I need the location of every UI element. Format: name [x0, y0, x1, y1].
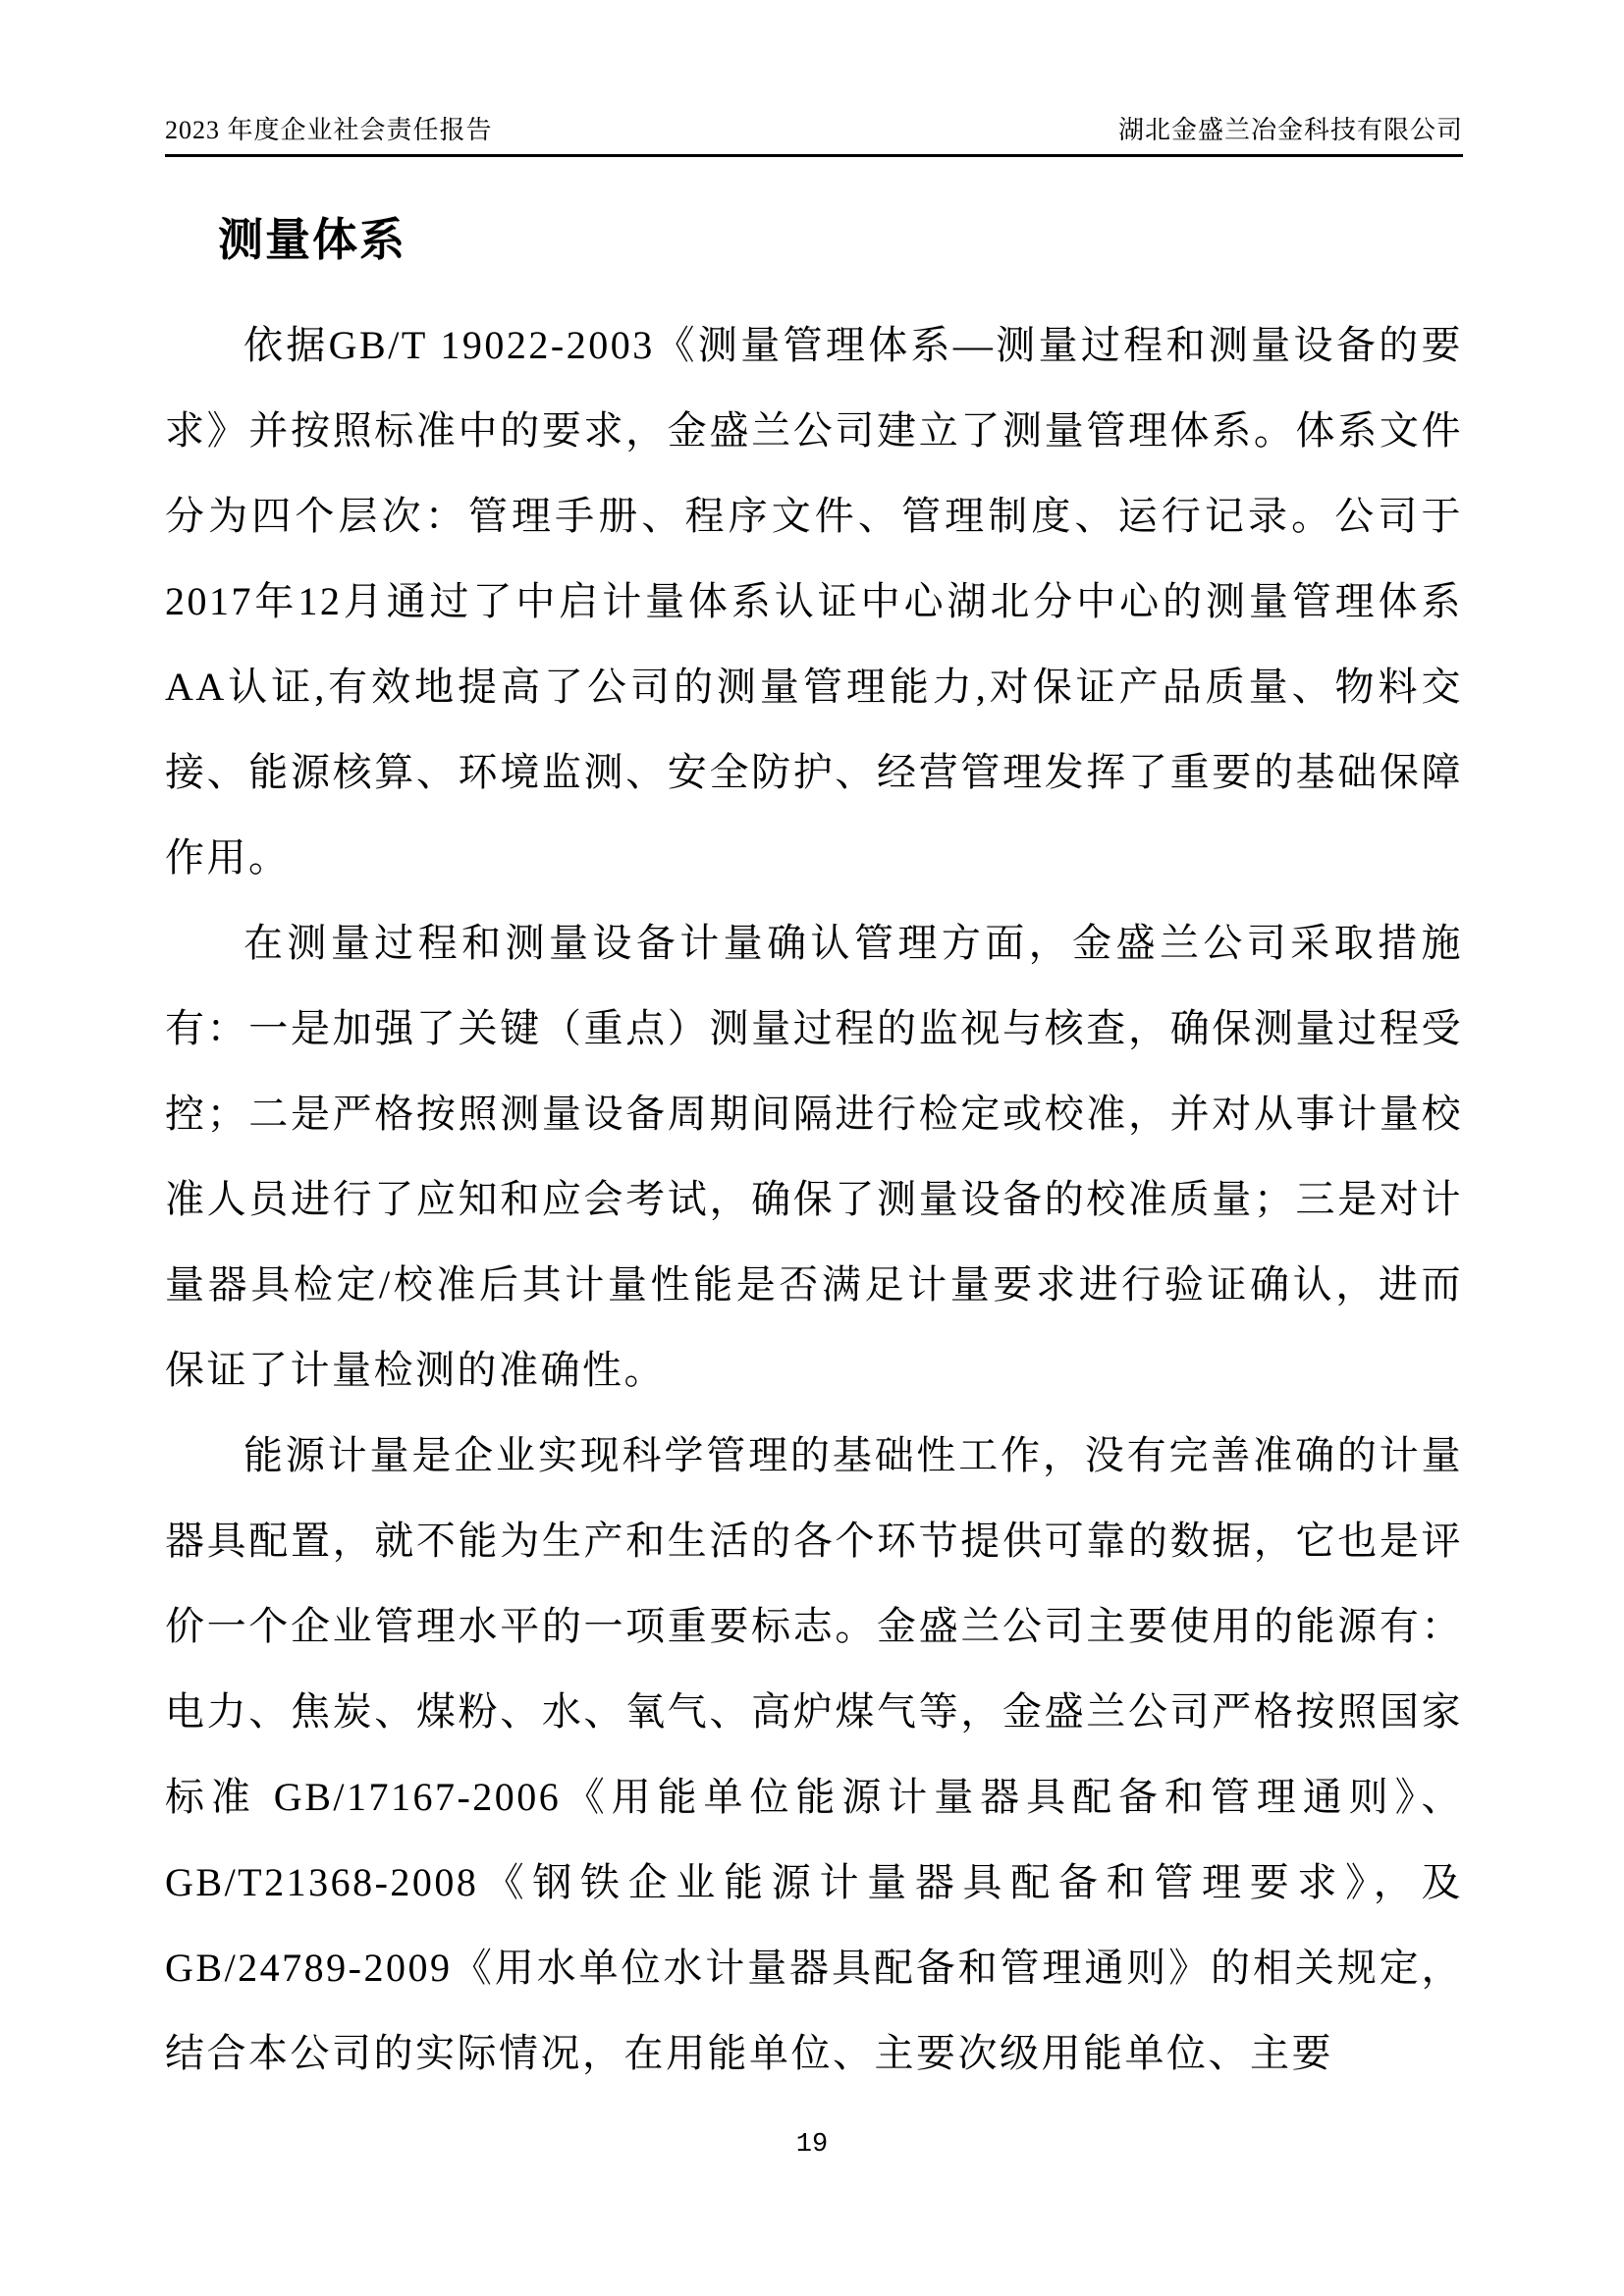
header-report-title: 2023 年度企业社会责任报告: [165, 110, 493, 146]
paragraph-measurement-system: 依据GB/T 19022-2003《测量管理体系—测量过程和测量设备的要求》并按…: [165, 302, 1463, 900]
page-header: 2023 年度企业社会责任报告 湖北金盛兰冶金科技有限公司: [165, 110, 1463, 157]
document-body: 依据GB/T 19022-2003《测量管理体系—测量过程和测量设备的要求》并按…: [165, 302, 1463, 2096]
page-footer: 19: [0, 2130, 1624, 2160]
header-company-name: 湖北金盛兰冶金科技有限公司: [1118, 110, 1463, 146]
section-title: 测量体系: [218, 204, 1463, 269]
page-number: 19: [796, 2130, 828, 2160]
document-page: 2023 年度企业社会责任报告 湖北金盛兰冶金科技有限公司 测量体系 依据GB/…: [0, 0, 1624, 2296]
paragraph-energy-metering: 能源计量是企业实现科学管理的基础性工作，没有完善准确的计量器具配置，就不能为生产…: [165, 1413, 1463, 2096]
paragraph-confirmation-management: 在测量过程和测量设备计量确认管理方面，金盛兰公司采取措施有：一是加强了关键（重点…: [165, 900, 1463, 1413]
